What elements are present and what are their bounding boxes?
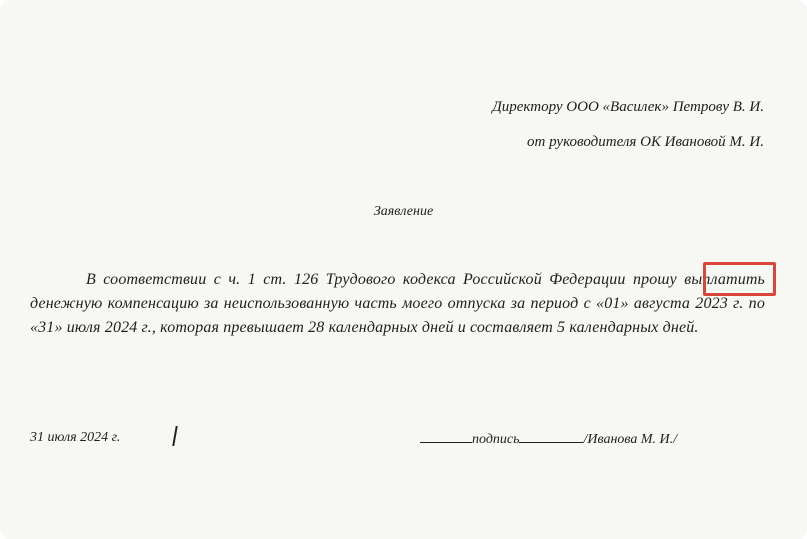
statement-body: В соответствии с ч. 1 ст. 126 Трудового … [30, 268, 765, 340]
document-date: 31 июля 2024 г. [30, 430, 120, 446]
highlighted-word: прошу [633, 271, 677, 288]
signature-label: подпись [472, 432, 519, 447]
document-page: Директору ООО «Василек» Петрову В. И. от… [0, 0, 807, 539]
signature-block: подпись/Иванова М. И./ [420, 430, 677, 448]
signature-line-left [420, 430, 472, 443]
signature-name: /Иванова М. И./ [583, 432, 677, 447]
addressee-to: Директору ООО «Василек» Петрову В. И. [492, 99, 764, 116]
signature-line-right [519, 430, 583, 443]
body-text-start: В соответствии с ч. 1 ст. 126 Трудового … [86, 271, 626, 288]
text-cursor [172, 426, 178, 446]
document-title: Заявление [0, 204, 807, 220]
addressee-from: от руководителя ОК Ивановой М. И. [527, 134, 764, 151]
